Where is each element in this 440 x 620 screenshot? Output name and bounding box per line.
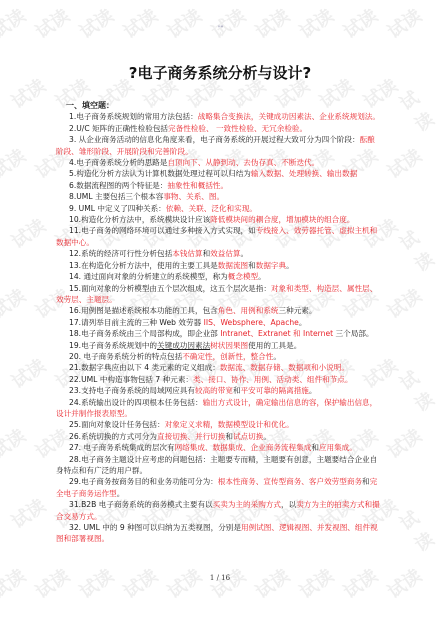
answer-text: 概念模型 xyxy=(228,272,258,281)
watermark-text: 试读 xyxy=(382,2,426,44)
section-heading: 一、填空题： xyxy=(66,100,381,111)
watermark-text: 试读 xyxy=(0,142,30,184)
watermark-text: 试读 xyxy=(74,562,118,604)
answer-text: 输入数据、处理转换、输出数据 xyxy=(251,169,357,178)
question-item: 24.系统输出设计的四项根本任务包括：输出方式设计，确定输出信息的容，保护输出信… xyxy=(56,397,381,420)
header-mark: "" xyxy=(218,25,224,32)
question-item: 21.数据字典应由以下 4 类元素的定义组成：数据流、数据存储、数据项和小说明。 xyxy=(56,362,381,373)
watermark-text: 试读 xyxy=(294,2,338,44)
question-text: 6.数据流程图的两个特征是： xyxy=(69,181,167,190)
question-text: 。 xyxy=(263,432,271,441)
answer-text: 应用集成。 xyxy=(319,443,357,452)
question-item: 25.面向对象设计任务包括：对象定义求精，数据模型设计和优化。 xyxy=(56,419,381,430)
answer-text: 降低模块间的耦合度，增加模块的组合度。 xyxy=(210,215,354,224)
answer-text: IIS、Websphere、Apache xyxy=(204,318,299,327)
question-text: 3. 从企业商务活动的信息化角度来看，电子商务系统的开展过程大致可分为四个阶段： xyxy=(69,135,360,144)
question-text: 9. UML 中定义了四种关系： xyxy=(69,204,166,213)
question-text: 三种元素。 xyxy=(279,306,317,315)
document-body: 一、填空题： 1.电子商务系统规划的常用方法包括：战略集合变换法，关键成功因素法… xyxy=(56,100,381,545)
answer-text: 角色、用例和系统 xyxy=(218,306,279,315)
question-text: 27. 电子商务系统集成的层次有 xyxy=(69,443,175,452)
question-text: 。 xyxy=(309,386,317,395)
watermark-text: 试读 xyxy=(250,562,294,604)
question-text: 19.电子商务系统规划中的 xyxy=(69,341,157,350)
watermark-text: 试读 xyxy=(6,352,50,394)
question-item: 28.电子商务主题设计应考虑的问题包括：主题要专而精，主题要有创意，主题要结合企… xyxy=(56,454,381,477)
question-text: 5.构造化分析方法认为计算机数据处理过程可以归结为 xyxy=(69,169,251,178)
question-item: 29.电子商务按商务目的和业务功能可分为：根本性商务、宣传型商务、客户效劳型商务… xyxy=(56,476,381,499)
watermark-text: 试读 xyxy=(394,355,440,417)
question-text: ，以 xyxy=(281,500,296,509)
question-text: 和 xyxy=(225,432,233,441)
question-item: 4.电子商务系统分析的思路是自顶向下、从静到动、去伪存真、不断迭代。 xyxy=(56,157,381,168)
question-text: 29.电子商务按商务目的和业务功能可分为： xyxy=(69,477,218,486)
answer-text: 网络集成、数据集成、企业商务流程集成 xyxy=(175,443,312,452)
page-title: ?电子商务系统分析与设计? xyxy=(0,62,440,83)
answer-text: 本钱估算 xyxy=(172,249,202,258)
question-item: 26.系统切换的方式可分为直接切换、并行切换和试点切换。 xyxy=(56,431,381,442)
answer-text: 直接切换、并行切换 xyxy=(157,432,225,441)
question-text: 。 xyxy=(294,341,302,350)
watermark-text: 试读 xyxy=(74,2,118,44)
question-text: 13.在构造化分析方法中，使用的主要工具是 xyxy=(69,261,218,270)
question-item: 15.面向对象的分析模型由五个层次组成，这五个层次是指：对象和类型、构造层、属性… xyxy=(56,283,381,306)
question-text: 和 xyxy=(311,443,319,452)
question-text: 25.面向对象设计任务包括： xyxy=(69,420,165,429)
underlined-text: 关键成功因素法 xyxy=(157,341,210,350)
watermark-text: 试读 xyxy=(30,2,74,44)
question-text: 。 xyxy=(286,261,294,270)
answer-text: 数据流、数据存储、数据项和小说明。 xyxy=(220,363,349,372)
question-text: 和 xyxy=(233,386,241,395)
question-text: 。 xyxy=(299,318,307,327)
question-item: 2.U/C 矩阵的正确性检验包括完备性检验、 一致性检验、无冗余检验。 xyxy=(56,123,381,134)
watermark-text: 试读 xyxy=(162,562,206,604)
question-item: 5.构造化分析方法认为计算机数据处理过程可以归结为输入数据、处理转换、输出数据 xyxy=(56,168,381,179)
watermark-text: 试读 xyxy=(0,562,30,604)
question-text: 2.U/C 矩阵的正确性检验包括 xyxy=(69,124,168,133)
question-text: 。 xyxy=(241,249,249,258)
watermark-text: 试读 xyxy=(382,142,426,184)
question-text: 。 xyxy=(117,489,125,498)
question-text: 和 xyxy=(248,261,256,270)
question-text: 10.构造化分析方法中，系统模块设计应该 xyxy=(69,215,210,224)
question-item: 13.在构造化分析方法中，使用的主要工具是数据流图和数据字典。 xyxy=(56,260,381,271)
question-item: 22.UML 中构造事物包括 7 种元素：类、接口、协作、用例、活动类、组件和节… xyxy=(56,374,381,385)
question-text: 三个局部。 xyxy=(333,329,373,338)
question-item: 6.数据流程图的两个特征是：抽象性和概括性。 xyxy=(56,180,381,191)
answer-text: 抽象性和概括性。 xyxy=(167,181,228,190)
question-item: 11.电子商务的网络环境可以通过多种接入方式实现，如专线接入、效劳器托管、虚拟主… xyxy=(56,225,381,248)
watermark-text: 试读 xyxy=(338,2,382,44)
answer-text: 事物、关系、图。 xyxy=(163,192,224,201)
question-item: 20. 电子商务系统分析的特点包括不确定性，创新性，整合性。 xyxy=(56,351,381,362)
watermark-text: 试读 xyxy=(6,212,50,254)
question-text: 20. 电子商务系统分析的特点包括 xyxy=(69,352,182,361)
question-text: 4.电子商务系统分析的思路是 xyxy=(69,158,167,167)
answer-text: 数据流图 xyxy=(218,261,248,270)
question-item: 10.构造化分析方法中，系统模块设计应该降低模块间的耦合度，增加模块的组合度。 xyxy=(56,214,381,225)
question-text: 。 xyxy=(273,352,281,361)
watermark-text: 试读 xyxy=(250,2,294,44)
question-text: 31.B2B 电子商务系统的商务模式主要有以 xyxy=(69,500,213,509)
answer-text: 对象定义求精，数据模型设计和优化。 xyxy=(165,420,294,429)
question-text: 使用的工具是 xyxy=(248,341,294,350)
watermark-text: 试读 xyxy=(0,2,30,44)
question-text: 26.系统切换的方式可分为 xyxy=(69,432,157,441)
question-text: 23.支持电子商务系统的局域网应具有 xyxy=(69,386,195,395)
question-text: 28.电子商务主题设计应考虑的问题包括：主题要专而精，主题要有创意，主题要结合企… xyxy=(56,455,377,475)
question-text: 12.系统的经济可行性分析包括 xyxy=(69,249,172,258)
question-list: 1.电子商务系统规划的常用方法包括：战略集合变换法，关键成功因素法、企业系统规划… xyxy=(56,111,381,544)
question-text: 18.电子商务系统由三个局部构成，即企业部 xyxy=(69,329,220,338)
question-text: 21.数据字典应由以下 4 类元素的定义组成： xyxy=(69,363,220,372)
answer-text: 数据字典 xyxy=(256,261,286,270)
question-text: 14. 通过面向对象的分析建立的系统模型，称为 xyxy=(69,272,228,281)
answer-text: 类、接口、协作、用例、活动类、组件和节点。 xyxy=(193,375,352,384)
answer-text: 平安可靠的隔离措施 xyxy=(241,386,309,395)
question-item: 19.电子商务系统规划中的关键成功因素法树状因果图使用的工具是。 xyxy=(56,340,381,351)
watermark-text: 试读 xyxy=(206,2,250,44)
question-item: 17.请列举目前主流的三种 Web 效劳器 IIS、Websphere、Apac… xyxy=(56,317,381,328)
page-number: 1 / 16 xyxy=(0,574,440,582)
answer-text: 效益估算 xyxy=(210,249,240,258)
question-item: 18.电子商务系统由三个局部构成，即企业部 Intranet、Extranet … xyxy=(56,328,381,339)
question-text: 15.面向对象的分析模型由五个层次组成，这五个层次是指： xyxy=(69,284,271,293)
answer-text: 较高的带宽 xyxy=(195,386,233,395)
question-text: 32. UML 中的 9 种图可以归纳为五类视图，分别是 xyxy=(69,523,241,532)
watermark-text: 试读 xyxy=(162,2,206,44)
question-item: 31.B2B 电子商务系统的商务模式主要有以买卖为主的采购方式，以卖方为主的拍卖… xyxy=(56,499,381,522)
question-item: 27. 电子商务系统集成的层次有网络集成、数据集成、企业商务流程集成和应用集成。 xyxy=(56,442,381,453)
answer-text: 根本性商务、宣传型商务、客户效劳型商务 xyxy=(218,477,362,486)
question-text: 。 xyxy=(258,272,266,281)
question-item: 3. 从企业商务活动的信息化角度来看，电子商务系统的开展过程大致可分为四个阶段：… xyxy=(56,134,381,157)
answer-text: 依赖、关联、泛化和实现。 xyxy=(166,204,257,213)
question-item: 8.UML 主要包括三个根本容事物、关系、图。 xyxy=(56,191,381,202)
answer-text: 战略集合变换法，关键成功因素法、企业系统规划法。 xyxy=(198,112,380,121)
question-text: 和 xyxy=(362,477,370,486)
question-item: 32. UML 中的 9 种图可以归纳为五类视图，分别是用例试图、逻辑视图、并发… xyxy=(56,522,381,545)
watermark-text: 试读 xyxy=(382,422,426,464)
answer-text: 自顶向下、从静到动、去伪存真、不断迭代。 xyxy=(167,158,319,167)
answer-text: 完备性检验、 一致性检验、无冗余检验。 xyxy=(168,124,307,133)
watermark-text: 试读 xyxy=(338,562,382,604)
watermark-text: 试读 xyxy=(0,422,30,464)
question-item: 16.用例图是描述系统根本功能的工具，包含角色、用例和系统三种元素。 xyxy=(56,305,381,316)
watermark-text: 试读 xyxy=(294,562,338,604)
answer-text: 树状因果图 xyxy=(210,341,248,350)
question-text: 11.电子商务的网络环境可以通过多种接入方式实现，如 xyxy=(69,226,256,235)
answer-text: Intranet、Extranet 和 Internet xyxy=(220,329,333,338)
watermark-text: 试读 xyxy=(206,562,250,604)
watermark-text: 试读 xyxy=(394,75,440,137)
watermark-text: 试读 xyxy=(30,562,74,604)
watermark-text: 试读 xyxy=(0,282,30,324)
question-item: 23.支持电子商务系统的局域网应具有较高的带宽和平安可靠的隔离措施。 xyxy=(56,385,381,396)
watermark-text: 试读 xyxy=(382,562,426,604)
watermark-text: 试读 xyxy=(394,215,440,277)
question-text: 16.用例图是描述系统根本功能的工具，包含 xyxy=(69,306,218,315)
question-text: 8.UML 主要包括三个根本容 xyxy=(69,192,163,201)
question-item: 1.电子商务系统规划的常用方法包括：战略集合变换法，关键成功因素法、企业系统规划… xyxy=(56,111,381,122)
watermark-text: 试读 xyxy=(118,562,162,604)
question-text: 22.UML 中构造事物包括 7 种元素： xyxy=(69,375,193,384)
question-text: 24.系统输出设计的四项根本任务包括： xyxy=(69,398,203,407)
watermark-text: 试读 xyxy=(118,2,162,44)
answer-text: 买卖为主的采购方式 xyxy=(213,500,281,509)
question-item: 12.系统的经济可行性分析包括本钱估算和效益估算。 xyxy=(56,248,381,259)
question-item: 14. 通过面向对象的分析建立的系统模型，称为概念模型。 xyxy=(56,271,381,282)
watermark-text: 试读 xyxy=(394,495,440,557)
question-text: 1.电子商务系统规划的常用方法包括： xyxy=(69,112,198,121)
question-item: 9. UML 中定义了四种关系：依赖、关联、泛化和实现。 xyxy=(56,203,381,214)
watermark-text: 试读 xyxy=(382,282,426,324)
answer-text: 不确定性，创新性，整合性 xyxy=(182,352,273,361)
watermark-text: 试读 xyxy=(6,492,50,534)
answer-text: 试点切换 xyxy=(233,432,263,441)
question-text: 17.请列举目前主流的三种 Web 效劳器 xyxy=(69,318,204,327)
